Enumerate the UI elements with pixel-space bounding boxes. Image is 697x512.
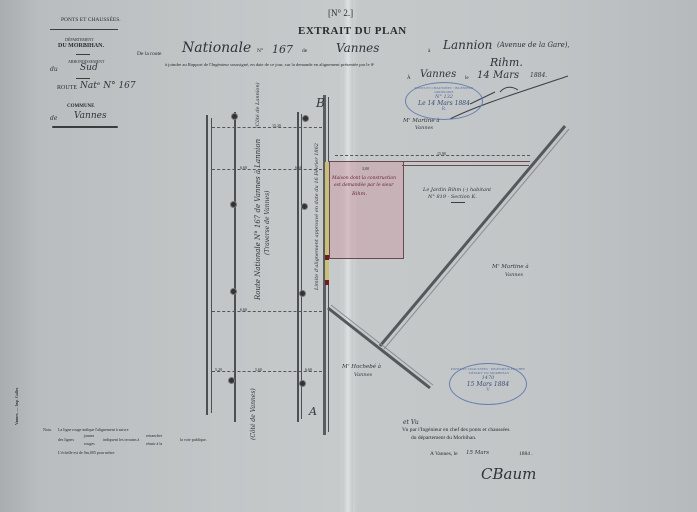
to-label: à: [428, 48, 430, 54]
diagonal-property-lines: [320, 120, 580, 400]
edge-label-top: (Côté de Lannion): [255, 82, 261, 128]
departement-label: DÉPARTEMENT: [65, 37, 94, 42]
road-edge-line: [301, 114, 302, 419]
document-title: EXTRAIT DU PLAN: [298, 25, 407, 37]
neighbor-bottom: Mʳ Hochebé à: [342, 364, 381, 370]
neighbor-right-city: Vannes: [505, 272, 523, 278]
stamp-date: 15 Mars 1884: [450, 381, 526, 388]
edge-label-bottom: (Côté de Vannes): [250, 388, 257, 440]
dimension-line: [212, 169, 322, 170]
footer-place: A Vannes, le: [430, 451, 458, 457]
survey-marker: [230, 201, 237, 208]
neighbor-bottom-city: Vannes: [354, 372, 372, 378]
survey-marker: [230, 288, 237, 295]
survey-marker: [299, 290, 306, 297]
arrondissement-value: Sud: [80, 63, 98, 73]
plot-label-2: N° 819 - Section K.: [428, 194, 477, 200]
route-value: Natᵉ N° 167: [80, 81, 136, 91]
road-label: Route Nationale N° 167 de Vannes à Lanni…: [254, 139, 262, 300]
dim-label: 6,60: [295, 165, 302, 170]
route-no: 167: [272, 43, 293, 56]
route-type: Nationale: [182, 40, 251, 56]
to-note: (Avenue de la Gare),: [497, 41, 570, 49]
stamp-engineer: PONTS ET CHAUSSÉES · INGÉNIEUR ORDINAIRE…: [405, 82, 483, 120]
arrondissement-prefix: du: [50, 66, 58, 73]
marker-a: A: [309, 405, 317, 418]
subtitle-line: à joindre au Rapport de l'Ingénieur sous…: [165, 62, 374, 67]
route-line-prefix: De la route: [137, 51, 161, 57]
header-rule: [50, 29, 118, 30]
note-line-1: La ligne rouge indique l'alignement à su…: [58, 427, 128, 432]
signature: CBaum: [481, 465, 536, 483]
divider: [76, 78, 90, 79]
stamp-date: Le 14 Mars 1884: [406, 100, 482, 107]
road-sub-label: (Traverse de Vannes): [264, 191, 271, 256]
commune-value: Vannes: [74, 111, 107, 121]
footer-date: 15 Mars: [466, 450, 489, 456]
stamp-ring-text: PONTS ET CHAUSSÉES · INGÉNIEUR EN CHEF ·…: [450, 367, 526, 375]
dim-label: 5,20: [215, 367, 222, 372]
note-line-2b-top: jaunes: [84, 433, 94, 438]
stamp-ring-text: PONTS ET CHAUSSÉES · INGÉNIEUR ORDINAIRE: [406, 86, 482, 94]
printer-credit: Vannes. — Imp. Galles.: [14, 387, 19, 425]
dimension-line: [212, 311, 322, 312]
dim-label: 15,20: [272, 123, 281, 128]
note-line-2d-bottom: réunir à la: [146, 441, 162, 446]
note-line-2b-bottom: rouges: [84, 441, 95, 446]
footer-vu-annotation: et Vu: [403, 419, 419, 426]
note-line-2e: la voie publique.: [180, 437, 207, 442]
commune-label: COMMUNE: [67, 104, 95, 109]
stamp-chief-engineer: PONTS ET CHAUSSÉES · INGÉNIEUR EN CHEF ·…: [449, 363, 527, 405]
route-no-label: N°: [257, 48, 263, 54]
footer-vu: Vu par l'Ingénieur en chef des ponts et …: [402, 427, 510, 433]
note-line-2a: des lignes: [58, 437, 74, 442]
dim-label: 6,60: [240, 165, 247, 170]
footer-dept: du département du Morbihan.: [411, 435, 476, 441]
place-prefix: À: [407, 76, 411, 81]
survey-marker: [302, 115, 309, 122]
stamp-mark: R.: [406, 107, 482, 112]
divider: [76, 54, 90, 55]
to-city: Lannion: [443, 38, 492, 52]
road-edge-line: [297, 112, 299, 422]
note-title: Nota.: [43, 427, 52, 432]
applicant: Rihm.: [490, 56, 523, 69]
dim-label: 6,60: [240, 307, 247, 312]
road-edge-line: [211, 118, 212, 413]
survey-marker: [299, 380, 306, 387]
road-edge-line: [234, 112, 236, 422]
note-line-3: L'échelle est de 0m,005 pour mètre.: [58, 450, 115, 455]
document-sheet: PONTS ET CHAUSSÉES. DÉPARTEMENT DU MORBI…: [0, 0, 697, 512]
note-line-2d-top: retrancher: [146, 433, 162, 438]
survey-marker: [231, 113, 238, 120]
route-label: ROUTE: [57, 85, 77, 91]
service-label: PONTS ET CHAUSSÉES.: [61, 17, 121, 23]
stamp-mark: V: [450, 388, 526, 393]
flourish-rule: [52, 126, 118, 128]
from-city: Vannes: [336, 41, 379, 55]
departement: DU MORBIHAN.: [58, 43, 104, 49]
plot-label-underline: [451, 202, 465, 203]
document-number: [N° 2.]: [328, 8, 353, 18]
marker-b: B: [316, 96, 325, 110]
dimension-line: [212, 127, 322, 128]
note-line-2c: indiquent les terrains à: [103, 437, 139, 442]
from-label: de: [302, 48, 307, 54]
survey-marker: [228, 377, 235, 384]
dim-label: 5,60: [255, 367, 262, 372]
commune-prefix: de: [50, 115, 57, 122]
plot-label-1: Le Jardin Rihm (-) habitant: [423, 187, 491, 193]
dim-label: 6,60: [305, 367, 312, 372]
footer-year: 1884 .: [519, 451, 533, 457]
neighbor-right: Mʳ Martine à: [492, 264, 529, 270]
survey-marker: [301, 203, 308, 210]
road-edge-line: [206, 115, 208, 415]
